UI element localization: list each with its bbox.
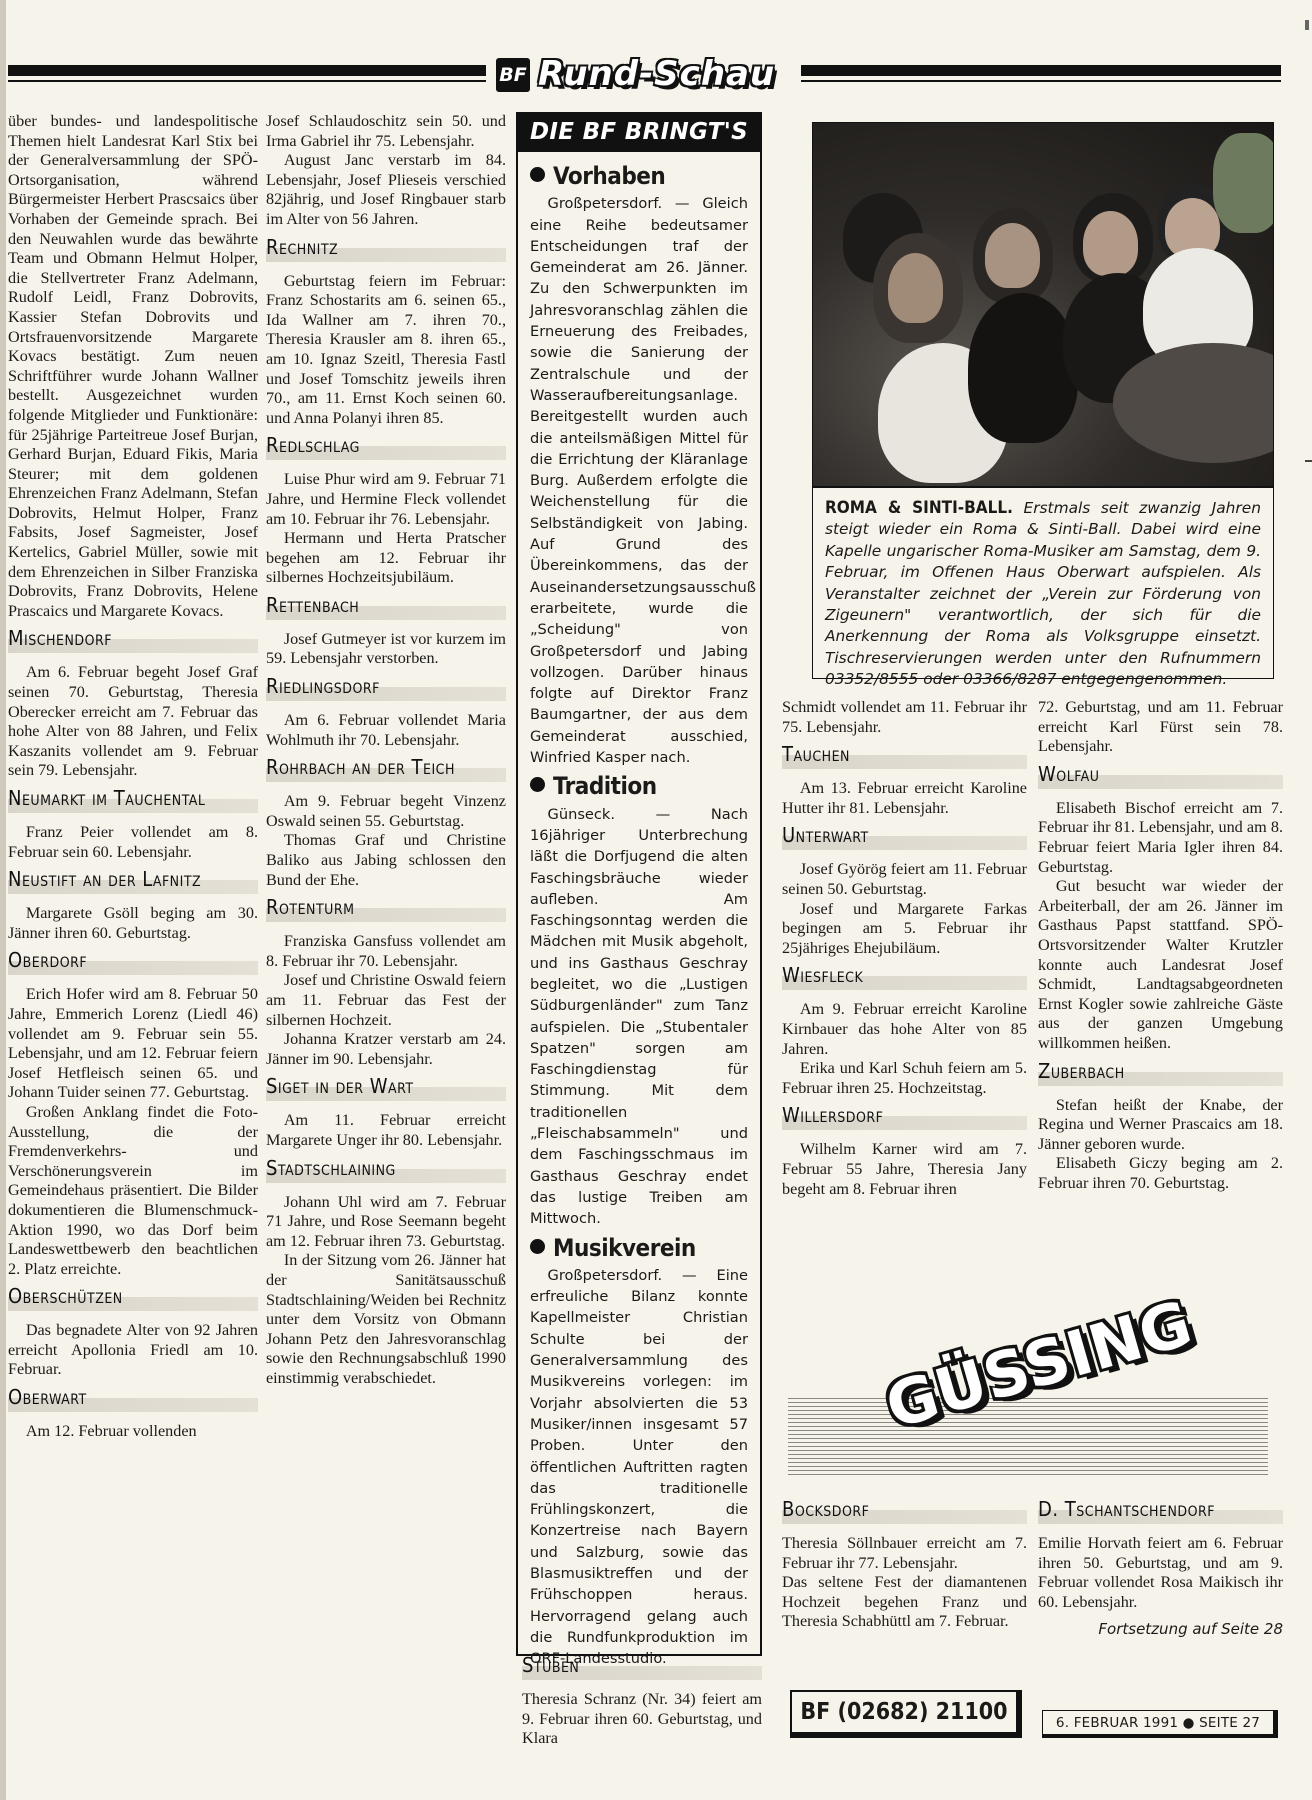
continuation-note: Fortsetzung auf Seite 28 (1038, 1620, 1283, 1640)
section-siget: Siget in der Wart Am 11. Februar erreich… (266, 1077, 506, 1150)
article-text: Das seltene Fest der diamantenen Hochzei… (782, 1573, 1027, 1632)
feature-item-title: Tradition (530, 776, 748, 797)
section-heading: Bocksdorf (782, 1500, 1027, 1526)
article-text: Am 6. Februar vollendet Maria Wohlmuth i… (266, 711, 506, 750)
section-heading: Tauchen (782, 745, 1027, 771)
article-text: Josef Györög feiert am 11. Februar seine… (782, 860, 1027, 899)
section-wiesfleck: Wiesfleck Am 9. Februar erreicht Karolin… (782, 966, 1027, 1098)
section-heading: Oberdorf (8, 951, 258, 977)
article-text: Schmidt vollendet am 11. Februar ihr 75.… (782, 698, 1027, 737)
section-heading: Redlschlag (266, 436, 506, 462)
section-oberschuetzen: Oberschützen Das begnadete Alter von 92 … (8, 1287, 258, 1380)
caption-text: Erstmals seit zwanzig Jahren steigt wied… (825, 499, 1261, 688)
bf-logo: BF (496, 58, 530, 92)
masthead-rule (801, 65, 1281, 76)
masthead-rule (8, 65, 486, 76)
article-text: Geburtstag feiern im Februar: Franz Scho… (266, 272, 506, 429)
masthead-rule (8, 80, 486, 82)
section-heading: Neumarkt im Tauchental (8, 789, 258, 815)
section-willersdorf: Willersdorf Wilhelm Karner wird am 7. Fe… (782, 1106, 1027, 1199)
article-text: Am 11. Februar erreicht Margarete Unger … (266, 1111, 506, 1150)
section-stadtschlaining: Stadtschlaining Johann Uhl wird am 7. Fe… (266, 1159, 506, 1389)
feature-body: Vorhaben Großpetersdorf. — Gleich eine R… (516, 152, 762, 1656)
article-text: Hermann und Herta Pratscher begehen am 1… (266, 529, 506, 588)
article-text: Am 9. Februar begeht Vinzenz Oswald sein… (266, 792, 506, 831)
section-riedlingsdorf: Riedlingsdorf Am 6. Februar vollendet Ma… (266, 677, 506, 750)
section-rettenbach: Rettenbach Josef Gutmeyer ist vor kurzem… (266, 596, 506, 669)
article-text: Großen Anklang findet die Foto-Ausstellu… (8, 1103, 258, 1279)
section-mischendorf: Mischendorf Am 6. Februar begeht Josef G… (8, 629, 258, 781)
caption-title: ROMA & SINTI-BALL. (825, 498, 1013, 518)
feature-box: DIE BF BRINGT'S Vorhaben Großpetersdorf.… (516, 112, 762, 1632)
newspaper-page: BF Rund-Schau über bundes- und landespol… (0, 0, 1312, 1800)
article-text: Stefan heißt der Knabe, der Regina und W… (1038, 1096, 1283, 1155)
scan-mark (1305, 460, 1312, 462)
article-text: Erich Hofer wird am 8. Februar 50 Jahre,… (8, 985, 258, 1103)
logo-stripes (788, 1395, 1268, 1475)
section-heading: Stuben (522, 1656, 762, 1682)
section-heading: Rohrbach an der Teich (266, 758, 506, 784)
article-text: Am 13. Februar erreicht Karoline Hutter … (782, 779, 1027, 818)
article-text: Josef und Christine Oswald feiern am 11.… (266, 971, 506, 1030)
article-text: über bundes- und landespolitische Themen… (8, 112, 258, 621)
scan-mark (1305, 20, 1309, 30)
article-text: Elisabeth Bischof erreicht am 7. Februar… (1038, 799, 1283, 877)
section-heading: Rettenbach (266, 596, 506, 622)
contact-phone-box: BF (02682) 21100 (790, 1690, 1022, 1738)
section-heading: Unterwart (782, 826, 1027, 852)
article-text: Am 12. Februar vollenden (8, 1422, 258, 1442)
article-text: Johanna Kratzer verstarb am 24. Jänner i… (266, 1030, 506, 1069)
article-text: Margarete Gsöll beging am 30. Jänner ihr… (8, 904, 258, 943)
article-text: Theresia Söllnbauer erreicht am 7. Febru… (782, 1534, 1027, 1573)
section-heading: Wiesfleck (782, 966, 1027, 992)
section-heading: Zuberbach (1038, 1062, 1283, 1088)
section-rohrbach: Rohrbach an der Teich Am 9. Februar bege… (266, 758, 506, 890)
article-text: Franziska Gansfuss vollendet am 8. Febru… (266, 932, 506, 971)
article-text: Johann Uhl wird am 7. Februar 71 Jahre, … (266, 1193, 506, 1252)
bullet-icon (530, 1239, 545, 1254)
section-unterwart: Unterwart Josef Györög feiert am 11. Feb… (782, 826, 1027, 958)
section-heading: Willersdorf (782, 1106, 1027, 1132)
bullet-icon (530, 167, 545, 182)
section-heading: Rechnitz (266, 238, 506, 264)
masthead-rule (801, 80, 1281, 82)
article-text: Am 6. Februar begeht Josef Graf seinen 7… (8, 663, 258, 781)
article-text: Gut besucht war wieder der Arbeiterball,… (1038, 877, 1283, 1053)
section-heading: Siget in der Wart (266, 1077, 506, 1103)
article-text: Josef und Margarete Farkas begingen am 5… (782, 900, 1027, 959)
section-oberdorf: Oberdorf Erich Hofer wird am 8. Februar … (8, 951, 258, 1279)
section-title: Rund-Schau (538, 54, 775, 94)
article-text: Josef Schlaudoschitz sein 50. und Irma G… (266, 112, 506, 151)
section-heading: Oberschützen (8, 1287, 258, 1313)
section-heading: D. Tschantschendorf (1038, 1500, 1283, 1526)
feature-item-title: Vorhaben (530, 166, 748, 187)
news-photo (812, 122, 1274, 487)
guessing-logo: GÜSSING (788, 1340, 1268, 1485)
article-text: 72. Geburtstag, und am 11. Februar errei… (1038, 698, 1283, 757)
column-2: Josef Schlaudoschitz sein 50. und Irma G… (266, 112, 506, 1389)
section-heading: Stadtschlaining (266, 1159, 506, 1185)
feature-item-title: Musikverein (530, 1238, 748, 1259)
article-text: Wilhelm Karner wird am 7. Februar 55 Jah… (782, 1140, 1027, 1199)
feature-item-text: Günseck. — Nach 16jähriger Unterbrechung… (530, 804, 748, 1230)
date-page-footer: 6. FEBRUAR 1991 ● SEITE 27 (1042, 1710, 1278, 1738)
section-zuberbach: Zuberbach Stefan heißt der Knabe, der Re… (1038, 1062, 1283, 1194)
feature-item-text: Großpetersdorf. — Gleich eine Reihe bede… (530, 193, 748, 768)
section-rechnitz: Rechnitz Geburtstag feiern im Februar: F… (266, 238, 506, 429)
column-5: 72. Geburtstag, und am 11. Februar errei… (1038, 698, 1283, 1193)
feature-item-text: Großpetersdorf. — Eine erfreuliche Bilan… (530, 1265, 748, 1670)
section-bocksdorf: Bocksdorf Theresia Söllnbauer erreicht a… (782, 1492, 1027, 1632)
feature-header: DIE BF BRINGT'S (516, 112, 762, 152)
section-heading: Neustift an der Lafnitz (8, 870, 258, 896)
article-text: August Janc verstarb im 84. Lebensjahr, … (266, 151, 506, 229)
column-1: über bundes- und landespolitische Themen… (8, 112, 258, 1442)
photo-caption: ROMA & SINTI-BALL. Erstmals seit zwanzig… (812, 487, 1274, 679)
section-heading: Wolfau (1038, 765, 1283, 791)
article-text: Franz Peier vollendet am 8. Februar sein… (8, 823, 258, 862)
article-text: Elisabeth Giczy beging am 2. Februar ihr… (1038, 1154, 1283, 1193)
article-text: Josef Gutmeyer ist vor kurzem im 59. Leb… (266, 630, 506, 669)
article-text: Theresia Schranz (Nr. 34) feiert am 9. F… (522, 1690, 762, 1749)
section-redlschlag: Redlschlag Luise Phur wird am 9. Februar… (266, 436, 506, 588)
section-stuben: Stuben Theresia Schranz (Nr. 34) feiert … (522, 1648, 762, 1749)
section-tauchen: Tauchen Am 13. Februar erreicht Karoline… (782, 745, 1027, 818)
section-heading: Oberwart (8, 1388, 258, 1414)
article-text: Emilie Horvath feiert am 6. Februar ihre… (1038, 1534, 1283, 1612)
article-text: Luise Phur wird am 9. Februar 71 Jahre, … (266, 470, 506, 529)
article-text: Erika und Karl Schuh feiern am 5. Februa… (782, 1059, 1027, 1098)
page-binding-edge (0, 0, 6, 1800)
article-text: Thomas Graf und Christine Baliko aus Jab… (266, 831, 506, 890)
section-oberwart: Oberwart Am 12. Februar vollenden (8, 1388, 258, 1442)
column-4: Schmidt vollendet am 11. Februar ihr 75.… (782, 698, 1027, 1199)
section-tschantschendorf: D. Tschantschendorf Emilie Horvath feier… (1038, 1492, 1283, 1640)
section-heading: Rotenturm (266, 898, 506, 924)
section-heading: Riedlingsdorf (266, 677, 506, 703)
article-text: In der Sitzung vom 26. Jänner hat der Sa… (266, 1251, 506, 1388)
section-wolfau: Wolfau Elisabeth Bischof erreicht am 7. … (1038, 765, 1283, 1054)
section-rotenturm: Rotenturm Franziska Gansfuss vollendet a… (266, 898, 506, 1069)
masthead: BF Rund-Schau (8, 58, 1278, 98)
bullet-icon (530, 777, 545, 792)
section-neustift: Neustift an der Lafnitz Margarete Gsöll … (8, 870, 258, 943)
article-text: Am 9. Februar erreicht Karoline Kirnbaue… (782, 1000, 1027, 1059)
section-heading: Mischendorf (8, 629, 258, 655)
article-text: Das begnadete Alter von 92 Jahren erreic… (8, 1321, 258, 1380)
section-neumarkt: Neumarkt im Tauchental Franz Peier volle… (8, 789, 258, 862)
